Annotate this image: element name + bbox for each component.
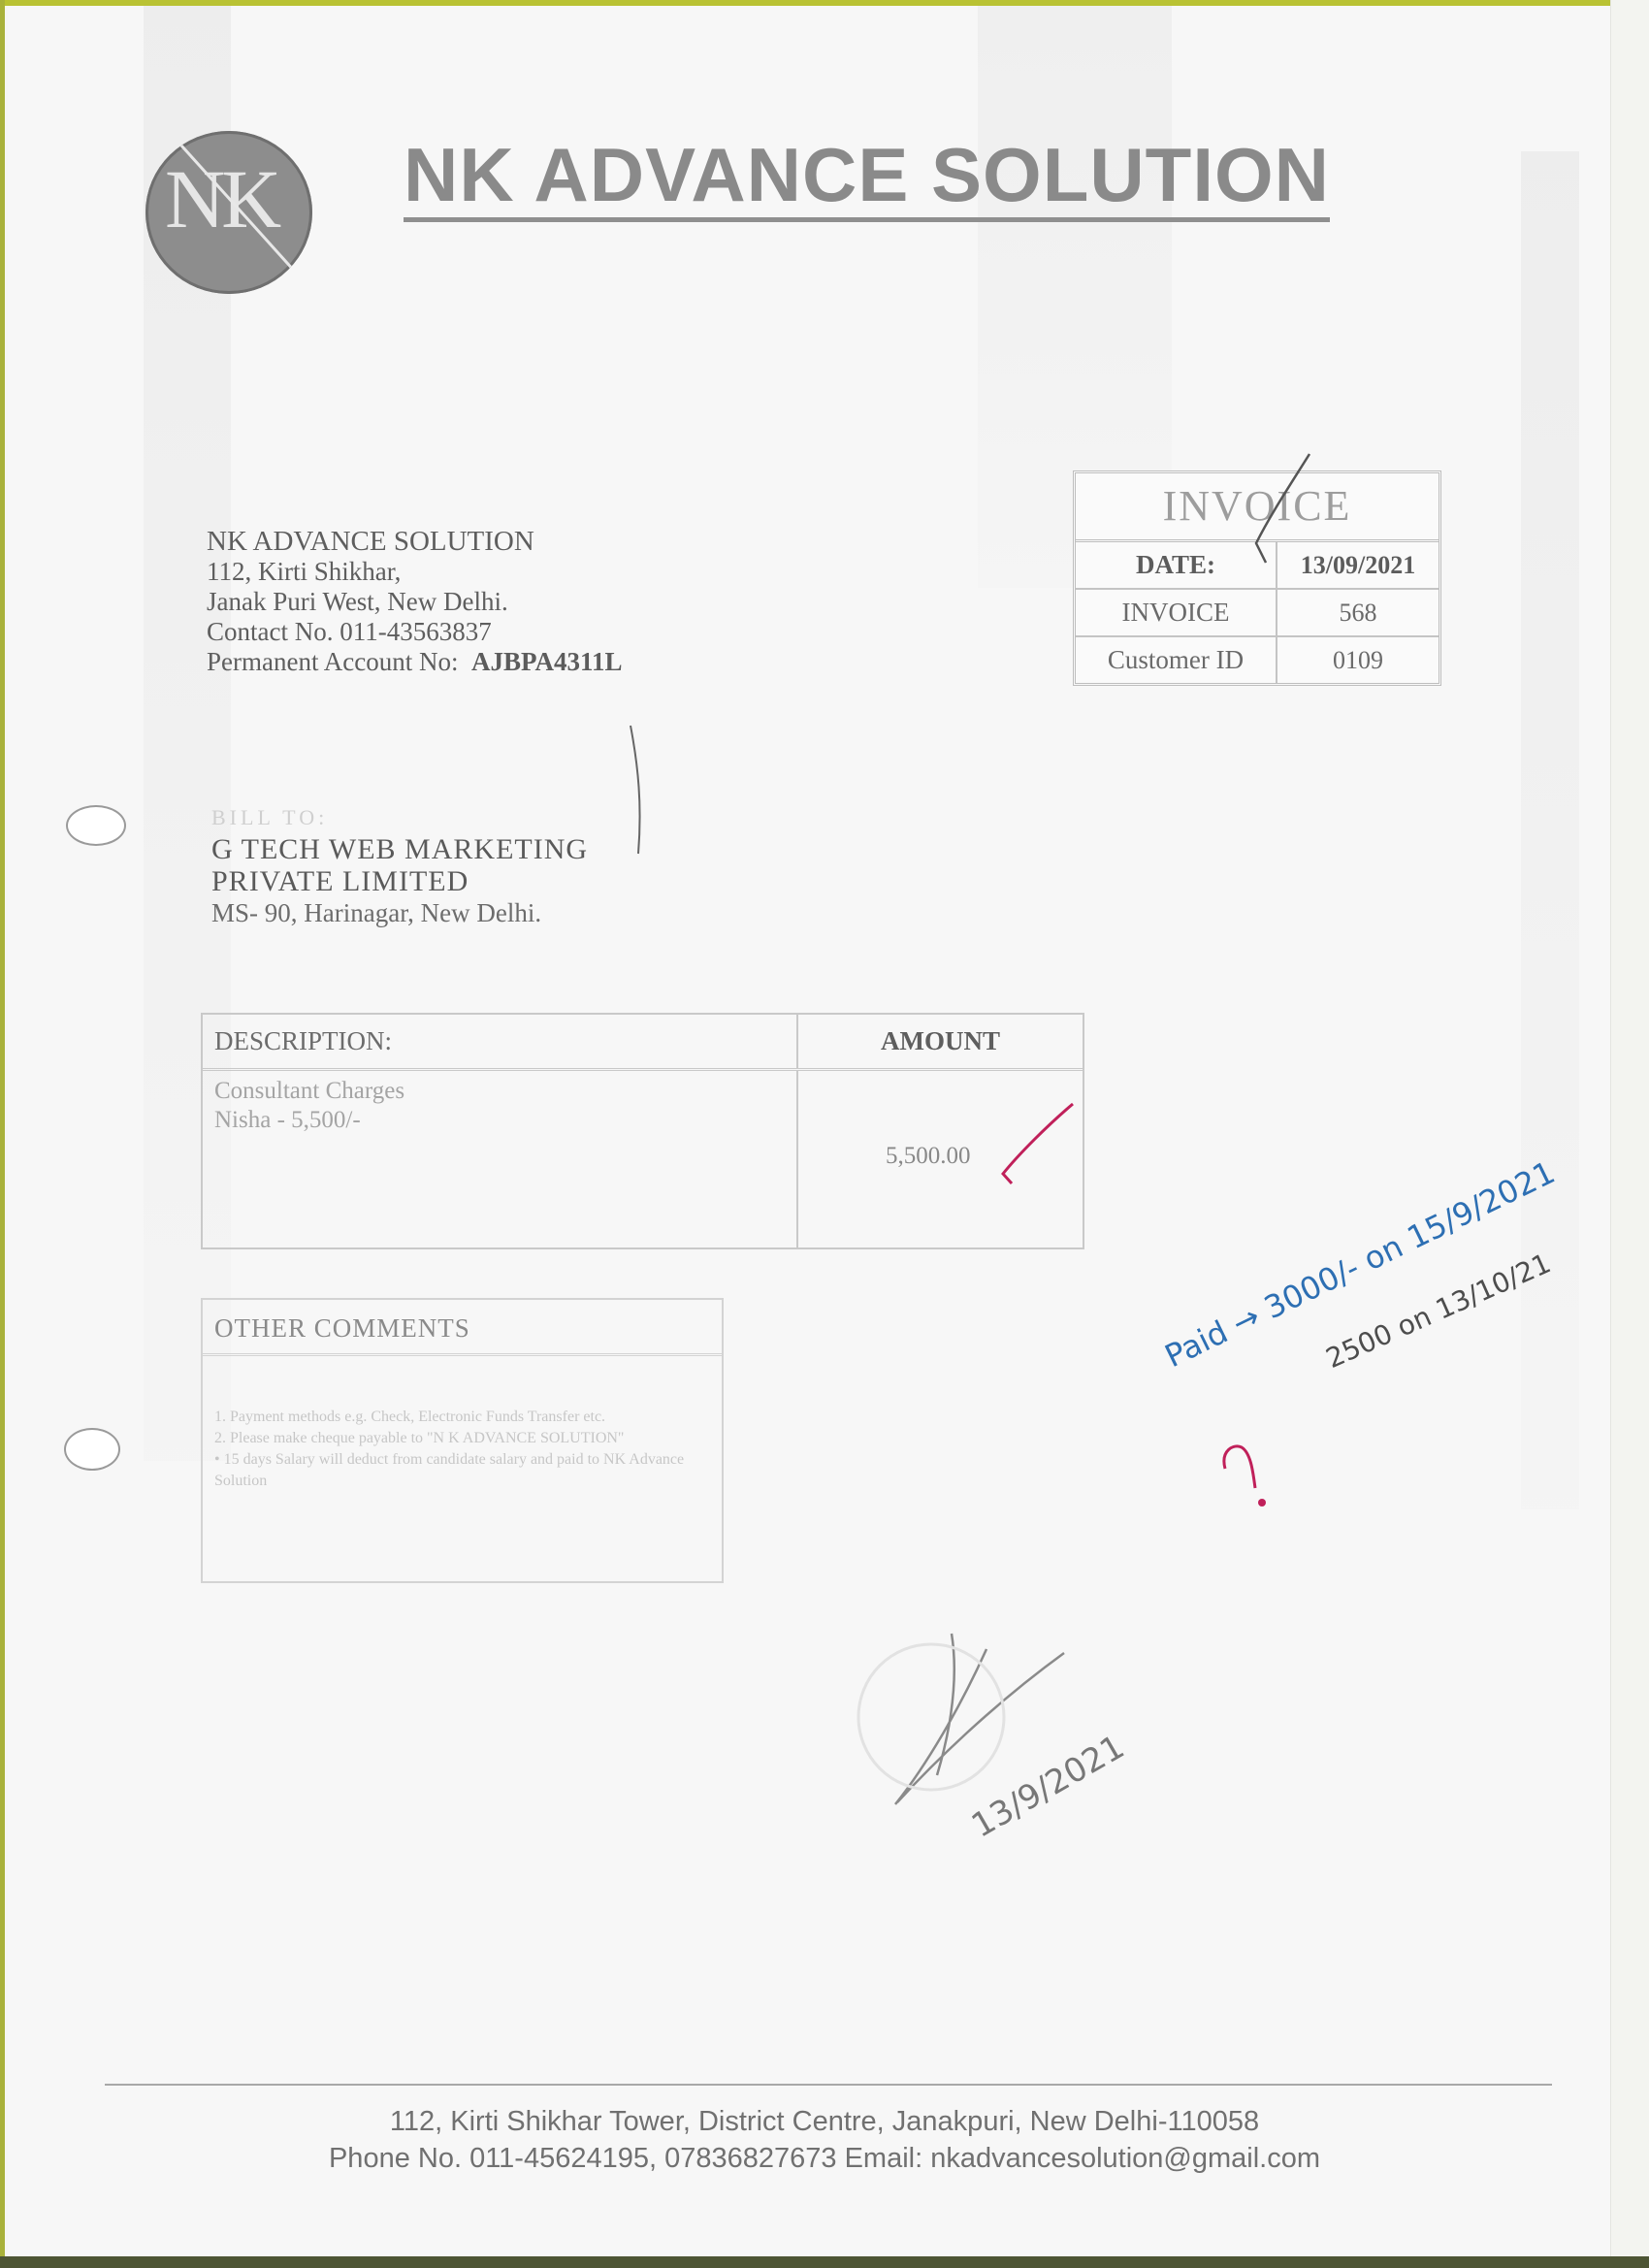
red-check-icon [1003, 1104, 1073, 1183]
question-dot [1258, 1499, 1266, 1507]
footer-address: 112, Kirti Shikhar Tower, District Centr… [0, 2103, 1649, 2140]
question-mark-icon [1224, 1446, 1255, 1488]
scan-edge-bottom [0, 2256, 1649, 2268]
footer-divider [105, 2084, 1552, 2086]
pen-marks-layer [0, 0, 1649, 2268]
footer: 112, Kirti Shikhar Tower, District Centr… [0, 2103, 1649, 2177]
check-mark-icon [1256, 454, 1309, 563]
pen-stroke [630, 726, 640, 854]
footer-contact: Phone No. 011-45624195, 07836827673 Emai… [0, 2140, 1649, 2177]
